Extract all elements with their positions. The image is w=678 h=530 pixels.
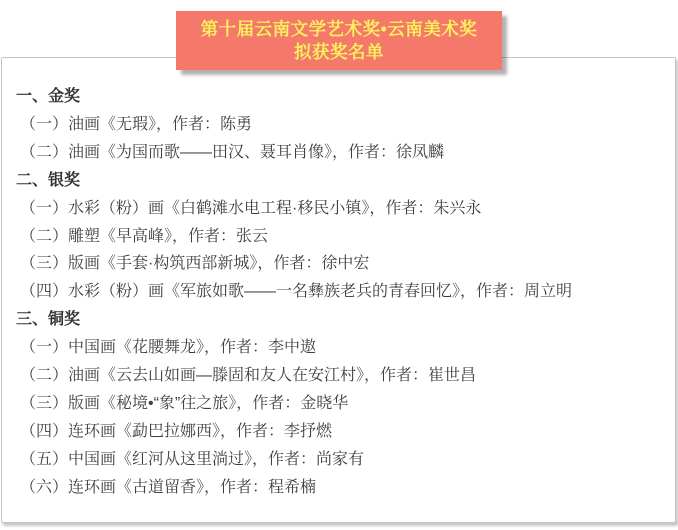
award-item: （四）水彩（粉）画《军旅如歌——一名彝族老兵的青春回忆》，作者：周立明 [16,278,667,306]
award-item: （二）雕塑《早高峰》，作者：张云 [16,223,667,251]
award-item: （六）连环画《古道留香》，作者：程希楠 [16,474,667,502]
award-item: （三）版画《手套·构筑西部新城》，作者：徐中宏 [16,250,667,278]
title-banner: 第十届云南文学艺术奖•云南美术奖 拟获奖名单 [176,11,502,70]
section-heading-bronze: 三、铜奖 [16,306,667,334]
award-item: （一）中国画《花腰舞龙》，作者：李中遨 [16,334,667,362]
section-heading-gold: 一、金奖 [16,83,667,111]
award-list: 一、金奖 （一）油画《无瑕》，作者：陈勇 （二）油画《为国而歌——田汉、聂耳肖像… [16,83,667,502]
award-item: （二）油画《云去山如画—滕固和友人在安江村》，作者：崔世昌 [16,362,667,390]
award-item: （五）中国画《红河从这里淌过》，作者：尚家有 [16,446,667,474]
award-item: （一）水彩（粉）画《白鹤滩水电工程·移民小镇》，作者：朱兴永 [16,195,667,223]
award-item: （二）油画《为国而歌——田汉、聂耳肖像》，作者：徐凤麟 [16,139,667,167]
section-heading-silver: 二、银奖 [16,167,667,195]
banner-title-line2: 拟获奖名单 [294,41,384,64]
award-item: （三）版画《秘境•“象”往之旅》，作者：金晓华 [16,390,667,418]
content-panel: 一、金奖 （一）油画《无瑕》，作者：陈勇 （二）油画《为国而歌——田汉、聂耳肖像… [1,57,676,523]
award-item: （四）连环画《勐巴拉娜西》，作者：李抒燃 [16,418,667,446]
banner-title-line1: 第十届云南文学艺术奖•云南美术奖 [201,18,478,41]
award-item: （一）油画《无瑕》，作者：陈勇 [16,111,667,139]
